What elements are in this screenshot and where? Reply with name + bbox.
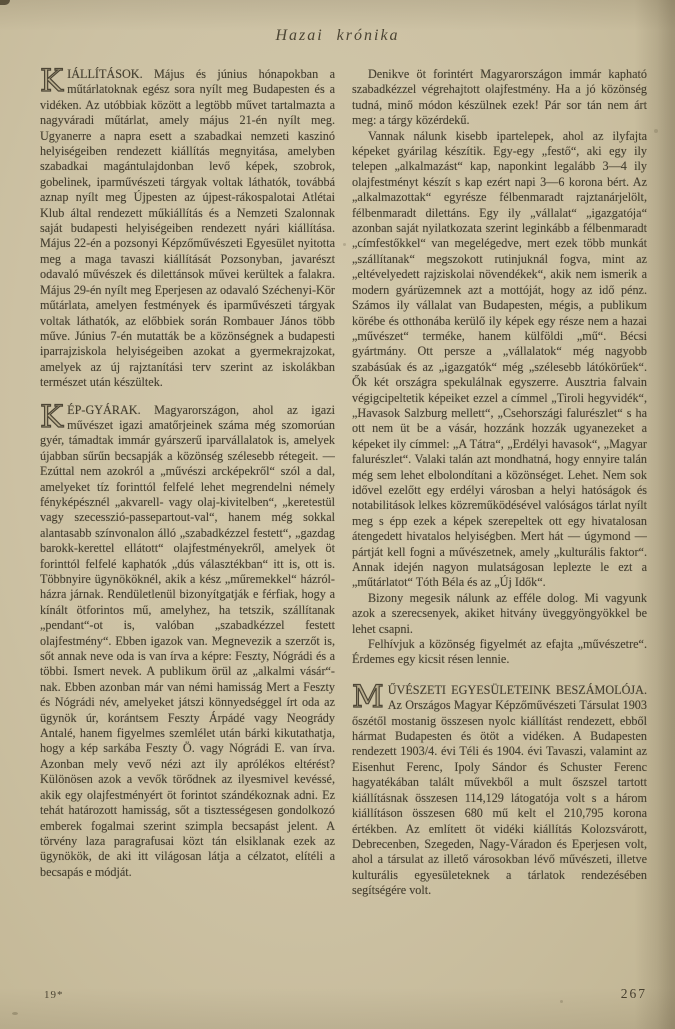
scan-speck (560, 1000, 563, 1003)
scan-speck (654, 129, 658, 133)
article-kepgyarak: KÉP-GYÁRAK. Magyarországon, ahol az igaz… (40, 403, 335, 881)
left-column: KIÁLLÍTÁSOK. Május és június hónapokban … (40, 67, 335, 970)
paragraph-denikve: Denikve öt forintért Magyarországon immá… (352, 67, 647, 129)
page-number: 267 (621, 986, 647, 1002)
paragraph-ipartelepek: Vannak nálunk kisebb ipartelepek, ahol a… (352, 129, 647, 591)
paragraph-bizony: Bizony megesik nálunk az efféle dolog. M… (352, 591, 647, 637)
running-head: Hazai krónika (0, 0, 675, 45)
drop-cap-m: M (352, 684, 384, 712)
drop-cap-k: K (40, 404, 63, 432)
article-kiallitasok-text: IÁLLÍTÁSOK. Május és június hónapokban a… (40, 67, 335, 389)
drop-cap-k: K (40, 68, 63, 96)
scan-speck (343, 243, 346, 246)
page-title: Hazai krónika (275, 27, 399, 44)
page-footer: 19* 267 (44, 986, 647, 1002)
article-kiallitasok: KIÁLLÍTÁSOK. Május és június hónapokban … (40, 67, 335, 391)
right-column: Denikve öt forintért Magyarországon immá… (352, 67, 647, 970)
article-kepgyarak-text: ÉP-GYÁRAK. Magyarországon, ahol az igazi… (40, 403, 335, 879)
article-muveszeti-egyesuletek-text: ŰVÉSZETI EGYESÜLETEINK BESZÁMOLÓJA. Az O… (352, 683, 647, 897)
scanned-journal-page: Hazai krónika KIÁLLÍTÁSOK. Május és júni… (0, 0, 675, 1029)
scan-speck (12, 1012, 18, 1015)
text-columns: KIÁLLÍTÁSOK. Május és június hónapokban … (0, 45, 675, 970)
article-muveszeti-egyesuletek: MŰVÉSZETI EGYESÜLETEINK BESZÁMOLÓJA. Az … (352, 683, 647, 899)
paragraph-felhivjuk: Felhívjuk a közönség figyelmét az efajta… (352, 637, 647, 668)
signature-mark: 19* (44, 989, 64, 1001)
